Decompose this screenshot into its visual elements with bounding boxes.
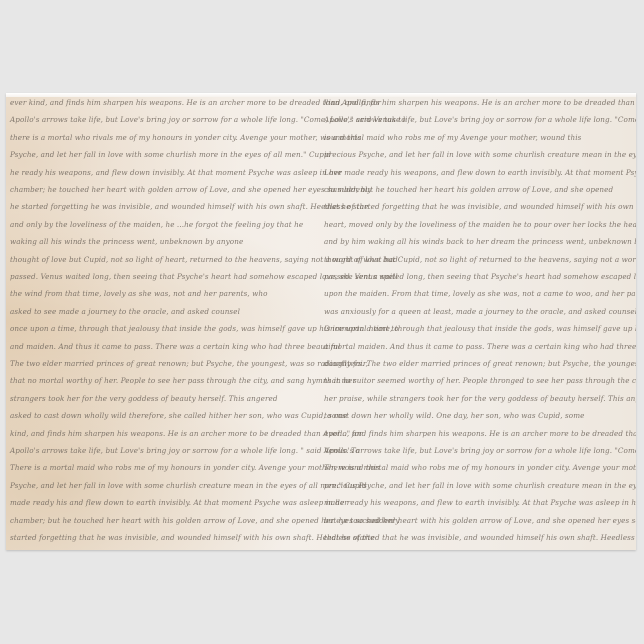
script-line: that he started forgetting that he was i… bbox=[324, 202, 636, 211]
paper-top-edge bbox=[6, 93, 636, 97]
script-line: he ready his weapons, and flew down invi… bbox=[10, 168, 342, 177]
script-line: precious Psyche, and let her fall in lov… bbox=[324, 150, 636, 159]
script-line: he started forgetting he was invisible, … bbox=[10, 202, 369, 211]
script-line: Apollo's arrows take life, but Love's br… bbox=[10, 446, 360, 455]
script-line: The two elder married princes of great r… bbox=[10, 359, 368, 368]
script-line: started forgetting that he was invisible… bbox=[10, 533, 375, 542]
script-line: Once upon a time, through that jealousy … bbox=[324, 324, 636, 333]
script-line: that no suitor seemed worthy of her. Peo… bbox=[324, 376, 636, 385]
script-line: the wind from that time, lovely as she w… bbox=[10, 289, 268, 298]
script-line: there is a mortal who rivals me of my ho… bbox=[10, 133, 361, 142]
script-line: strangers took her for the very goddess … bbox=[10, 394, 278, 403]
script-line: Love made ready his weapons, and flew do… bbox=[324, 168, 636, 177]
script-line: to cast down her wholly wild. One day, h… bbox=[324, 411, 584, 420]
script-line: chamber; he touched her heart with golde… bbox=[10, 185, 371, 194]
script-line: There is a mortal maid who robs me of my… bbox=[324, 463, 636, 472]
script-line: chamber, but he touched her heart his go… bbox=[324, 185, 613, 194]
script-line: made ready his and flew down to earth in… bbox=[10, 498, 348, 507]
script-line: kind, and finds him sharpen his weapons.… bbox=[324, 98, 636, 107]
script-line: but he touched her heart with his golden… bbox=[324, 516, 636, 525]
script-line: thought of love but Cupid, not so light … bbox=[324, 255, 636, 264]
script-line: and maiden. And thus it came to pass. Th… bbox=[10, 342, 341, 351]
script-line: that he started that he was invisible, a… bbox=[324, 533, 636, 542]
script-line: asked to see made a journey to the oracl… bbox=[10, 307, 240, 316]
script-line: was anxiously for a queen at least, made… bbox=[324, 307, 636, 316]
script-line: waking all his winds the princess went, … bbox=[10, 237, 243, 246]
script-line: made ready his weapons, and flew to eart… bbox=[324, 498, 636, 507]
script-line: heart, moved only by the loveliness of t… bbox=[324, 220, 636, 229]
script-line: Apollo's arrows take life, but Love's br… bbox=[324, 115, 636, 124]
script-line: upon the maiden. From that time, lovely … bbox=[324, 289, 636, 298]
script-line: and by him waking all his winds back to … bbox=[324, 237, 636, 246]
script-line: and only by the loveliness of the maiden… bbox=[10, 220, 303, 229]
script-line: is a mortal maid who robs me of my Aveng… bbox=[324, 133, 581, 142]
script-line: asked to cast down wholly wild therefore… bbox=[10, 411, 348, 420]
script-line: kind, and finds him sharpen his weapons.… bbox=[10, 429, 362, 438]
script-line: a mortal maiden. And thus it came to pas… bbox=[324, 342, 636, 351]
script-line: that no mortal worthy of her. People to … bbox=[10, 376, 356, 385]
script-line: passed. Venus waited long, then seeing t… bbox=[324, 272, 636, 281]
script-line: her praise, while strangers took her for… bbox=[324, 394, 636, 403]
script-line: daughters. The two elder married princes… bbox=[324, 359, 636, 368]
script-line: Psyche, and let her fall in love with so… bbox=[10, 150, 331, 159]
decoupage-paper-sheet: ever kind, and finds him sharpen his wea… bbox=[6, 93, 636, 550]
script-line: precious Psyche, and let her fall in lov… bbox=[324, 481, 636, 490]
script-line: ever..." and finds him sharpen his weapo… bbox=[324, 429, 636, 438]
script-line: Apollo's arrows take life, but Love's br… bbox=[324, 446, 636, 455]
script-line: Psyche, and let her fall in love with so… bbox=[10, 481, 367, 490]
